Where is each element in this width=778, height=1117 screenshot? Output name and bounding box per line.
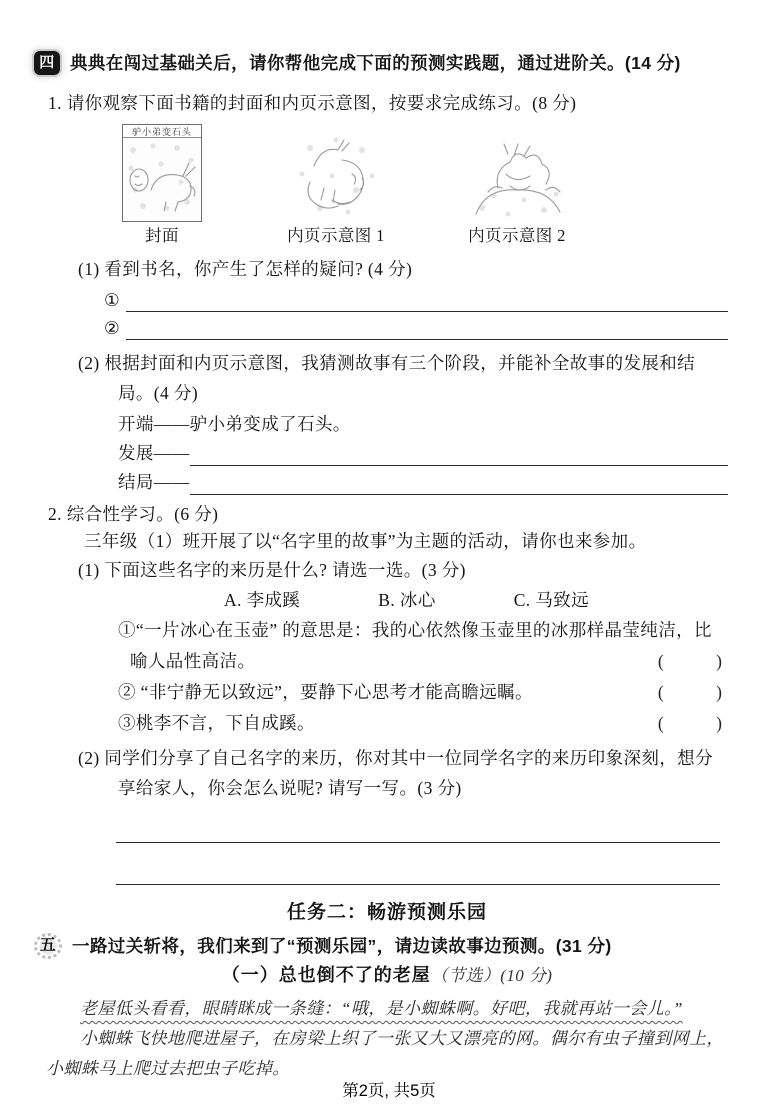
choice-item-2: ② “非宁静无以致远”，要静下心思考才能高瞻远瞩。 ( ) [118,677,728,708]
option-c: C. 马致远 [514,585,589,615]
passage-title-main: （一）总也倒不了的老屋 [222,965,431,985]
test-paper-page: 四 典典在闯过基础关后，请你帮他完成下面的预测实践题，通过进阶关。(14 分) … [0,0,778,1117]
story-stage-beginning: 开端—— 驴小弟变成了石头。 [118,408,728,437]
q1-sub2-label: (2) 根据封面和内页示意图，我猜测故事有三个阶段，并能补全故事的发展和结局。(… [78,348,728,408]
blank-marker: ② [104,316,126,340]
inner-page-sketch-2-icon [458,130,576,222]
section-five-badge: 五 [34,933,62,959]
figures-row: 驴小弟变石头 [46,124,728,246]
choice-item-1: ①“一片冰心在玉壶” 的意思是：我的心依然像玉壶里的冰那样晶莹纯洁，比喻人品性高… [118,615,728,677]
section-four-title: 典典在闯过基础关后，请你帮他完成下面的预测实践题，通过进阶关。(14 分) [70,50,681,76]
section-five-header: 五 一路过关斩将，我们来到了“预测乐园”，请边读故事边预测。(31 分) [34,933,728,959]
figure-caption: 内页示意图 1 [287,226,385,246]
name-options-row: A. 李成蹊 B. 冰心 C. 马致远 [224,585,728,615]
book-cover: 驴小弟变石头 [122,124,202,222]
question-2-title: 2. 综合性学习。(6 分) [48,501,728,527]
figure-caption: 封面 [145,226,179,246]
cover-illustration [123,138,201,221]
stage-prefix: 发展—— [118,441,190,466]
option-b: B. 冰心 [378,585,435,615]
story-passage: 老屋低头看看，眼睛眯成一条缝：“哦，是小蜘蛛啊。好吧，我就再站一会儿。” 小蜘蛛… [46,994,728,1084]
q2-write-line-2 [116,843,720,885]
q2-write-line-1 [116,803,720,843]
book-cover-title: 驴小弟变石头 [123,125,201,138]
task-two-heading: 任务二：畅游预测乐园 [46,899,728,927]
answer-line [126,288,728,312]
answer-bracket: ( ) [658,647,722,675]
story-line-underlined: 老屋低头看看，眼睛眯成一条缝：“哦，是小蜘蛛啊。好吧，我就再站一会儿。” [46,994,728,1024]
option-a: A. 李成蹊 [224,585,300,615]
story-stage-ending: 结局—— [118,466,728,495]
figure-caption: 内页示意图 2 [468,226,566,246]
choice-text: ①“一片冰心在玉壶” 的意思是：我的心依然像玉壶里的冰那样晶莹纯洁，比喻人品性高… [130,615,728,677]
stage-prefix: 结局—— [118,470,190,495]
q2-intro: 三年级（1）班开展了以“名字里的故事”为主题的活动，请你也来参加。 [84,527,728,555]
choice-text: ② “非宁静无以致远”，要静下心思考才能高瞻远瞩。 [130,677,728,708]
inner-page-sketch-1-icon [280,130,392,222]
answer-bracket: ( ) [658,678,722,706]
blank-marker: ① [104,288,126,312]
section-four-badge: 四 [34,51,60,75]
stage-prefix: 开端—— [118,412,190,437]
passage-title: （一）总也倒不了的老屋（节选）(10 分) [46,961,728,990]
story-stage-development: 发展—— [118,437,728,466]
answer-line [190,441,728,466]
figure-inner-page-2: 内页示意图 2 [458,130,576,246]
choice-text: ③桃李不言，下自成蹊。 [130,708,728,739]
donkey-cover-sketch-icon [123,138,199,216]
answer-bracket: ( ) [658,709,722,737]
section-five-title: 一路过关斩将，我们来到了“预测乐园”，请边读故事边预测。(31 分) [72,933,612,959]
figure-inner-page-1: 内页示意图 1 [280,130,392,246]
answer-line [190,470,728,495]
page-number-footer: 第2页, 共5页 [0,1077,778,1101]
section-four-header: 四 典典在闯过基础关后，请你帮他完成下面的预测实践题，通过进阶关。(14 分) [34,50,728,76]
answer-line [126,316,728,340]
choice-item-3: ③桃李不言，下自成蹊。 ( ) [118,708,728,739]
q2-sub1-label: (1) 下面这些名字的来历是什么? 请选一选。(3 分) [78,555,728,585]
figure-cover: 驴小弟变石头 [122,124,202,246]
story-paragraph-2: 小蜘蛛飞快地爬进屋子，在房梁上织了一张又大又漂亮的网。偶尔有虫子撞到网上，小蜘蛛… [46,1024,728,1084]
q2-sub2-label: (2) 同学们分享了自己名字的来历，你对其中一位同学名字的来历印象深刻，想分享给… [78,743,728,803]
q1-answer-blank-1: ① [104,284,728,312]
passage-title-sub: （节选）(10 分) [431,966,553,985]
q1-answer-blank-2: ② [104,312,728,340]
stage-text: 驴小弟变成了石头。 [190,412,351,437]
question-1-title: 1. 请你观察下面书籍的封面和内页示意图，按要求完成练习。(8 分) [48,90,728,116]
q1-sub1-label: (1) 看到书名，你产生了怎样的疑问? (4 分) [78,254,728,284]
